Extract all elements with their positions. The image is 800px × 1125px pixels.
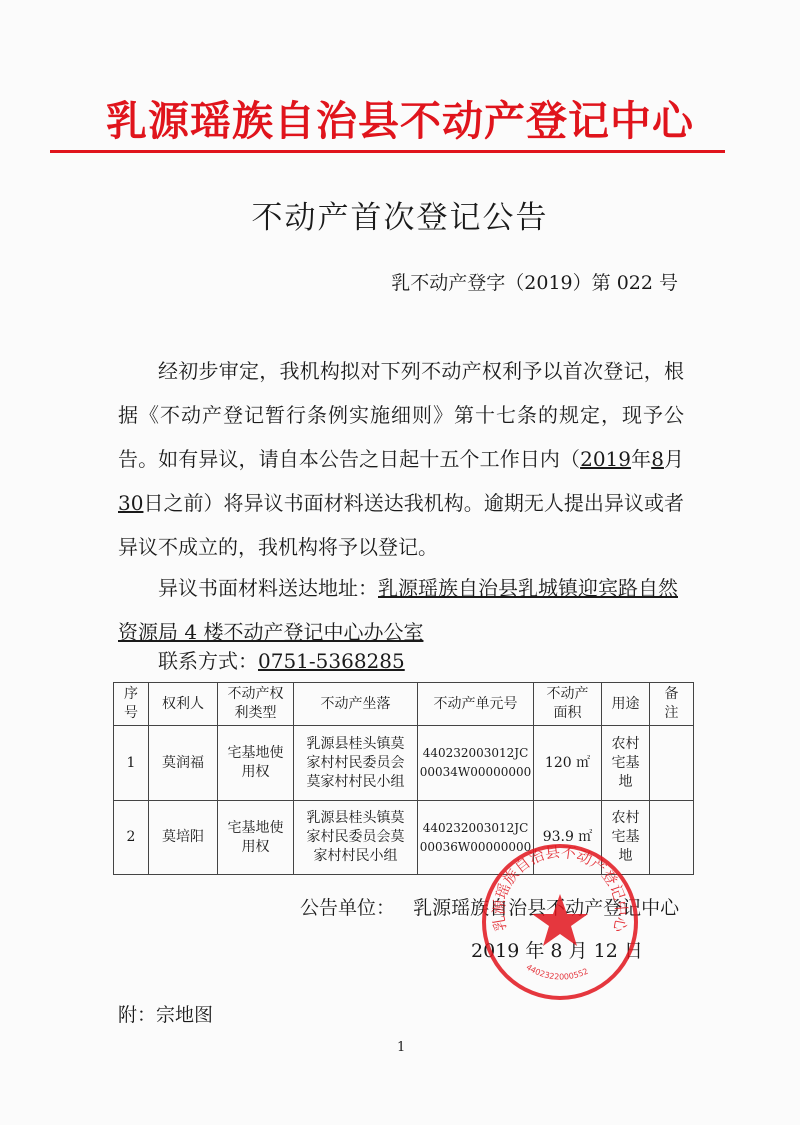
cell-no: 2 [114,801,149,875]
contact-phone: 0751-5368285 [258,649,405,673]
cell-right-type: 宅基地使用权 [218,801,294,875]
address-paragraph: 异议书面材料送达地址：乳源瑶族自治县乳城镇迎宾路自然资源局 4 楼不动产登记中心… [118,566,684,654]
header-usage: 用途 [602,683,650,726]
header-right-type: 不动产权利类型 [218,683,294,726]
cell-right-type: 宅基地使用权 [218,726,294,801]
header-unit-no: 不动产单元号 [418,683,534,726]
cell-holder: 莫润福 [149,726,218,801]
year-suffix: 年 [631,447,651,471]
red-divider [50,150,725,153]
page-title: 不动产首次登记公告 [0,192,800,237]
header-location: 不动产坐落 [294,683,418,726]
header-no: 序号 [114,683,149,726]
cell-location: 乳源县桂头镇莫家村村民委员会莫家村村民小组 [294,726,418,801]
header-holder: 权利人 [149,683,218,726]
cell-location: 乳源县桂头镇莫家村民委员会莫家村村民小组 [294,801,418,875]
address-label: 异议书面材料送达地址： [158,576,378,600]
cell-remark [650,801,694,875]
svg-text:4402322000552: 4402322000552 [525,963,590,982]
notice-text-b: 日之前）将异议书面材料送达我机构。逾期无人提出异议或者异议不成立的，我机构将予以… [118,491,684,559]
table-header-row: 序号 权利人 不动产权利类型 不动产坐落 不动产单元号 不动产面积 用途 备注 [114,683,694,726]
official-seal-icon: 乳源瑶族自治县不动产登记中心 4402322000552 [480,842,640,1002]
deadline-year: 2019 [580,447,631,471]
org-name-header: 乳源瑶族自治县不动产登记中心 [0,88,800,147]
deadline-day: 30 [118,491,143,515]
cell-usage: 农村宅基地 [602,726,650,801]
cell-unit-no: 440232003012JC00034W00000000 [418,726,534,801]
document-number: 乳不动产登字（2019）第 022 号 [391,268,678,295]
month-suffix: 月 [664,447,684,471]
header-remark: 备注 [650,683,694,726]
header-area: 不动产面积 [534,683,602,726]
cell-area: 120 ㎡ [534,726,602,801]
notice-paragraph: 经初步审定，我机构拟对下列不动产权利予以首次登记，根据《不动产登记暂行条例实施细… [118,349,684,569]
contact-label: 联系方式： [158,649,258,673]
contact-line: 联系方式：0751-5368285 [158,645,405,674]
cell-no: 1 [114,726,149,801]
cell-remark [650,726,694,801]
table-row: 1 莫润福 宅基地使用权 乳源县桂头镇莫家村村民委员会莫家村村民小组 44023… [114,726,694,801]
page-number: 1 [397,1040,405,1055]
deadline-month: 8 [651,447,664,471]
issuer-label: 公告单位： [300,897,395,919]
cell-holder: 莫培阳 [149,801,218,875]
attachment-note: 附：宗地图 [118,1000,213,1027]
